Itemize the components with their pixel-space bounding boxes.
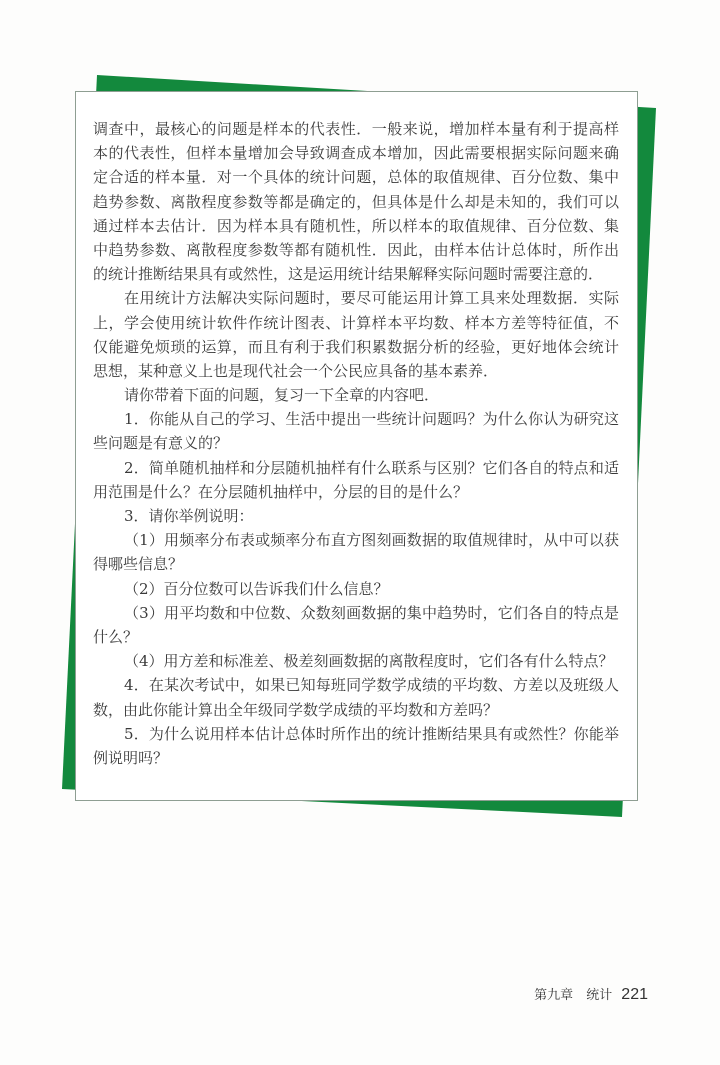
question-3-sub-1: （1）用频率分布表或频率分布直方图刻画数据的取值规律时，从中可以获 得哪些信息？ bbox=[93, 528, 619, 576]
text-line: 例说明吗？ bbox=[93, 746, 619, 770]
text-line: （2）百分位数可以告诉我们什么信息？ bbox=[93, 577, 619, 601]
question-2: 2．简单随机抽样和分层随机抽样有什么联系与区别？它们各自的特点和适 用范围是什么… bbox=[93, 456, 619, 504]
question-3-sub-2: （2）百分位数可以告诉我们什么信息？ bbox=[93, 577, 619, 601]
question-3-sub-3: （3）用平均数和中位数、众数刻画数据的集中趋势时，它们各自的特点是 什么？ bbox=[93, 601, 619, 649]
text-line: 得哪些信息？ bbox=[93, 552, 619, 576]
text-line: 3．请你举例说明： bbox=[93, 504, 619, 528]
page-number: 221 bbox=[621, 986, 648, 1003]
paragraph-sampling-summary: 调查中，最核心的问题是样本的代表性．一般来说，增加样本量有利于提高样 本的代表性… bbox=[93, 117, 619, 286]
text-line: 上，学会使用统计软件作统计图表、计算样本平均数、样本方差等特征值，不 bbox=[93, 311, 619, 335]
text-line: 趋势参数、离散程度参数等都是确定的，但具体是什么却是未知的，我们可以 bbox=[93, 190, 619, 214]
text-line: 1．你能从自己的学习、生活中提出一些统计问题吗？为什么你认为研究这 bbox=[93, 407, 619, 431]
question-1: 1．你能从自己的学习、生活中提出一些统计问题吗？为什么你认为研究这 些问题是有意… bbox=[93, 407, 619, 455]
text-line: （3）用平均数和中位数、众数刻画数据的集中趋势时，它们各自的特点是 bbox=[93, 601, 619, 625]
question-4: 4．在某次考试中，如果已知每班同学数学成绩的平均数、方差以及班级人 数，由此你能… bbox=[93, 673, 619, 721]
text-line: 用范围是什么？在分层随机抽样中，分层的目的是什么？ bbox=[93, 480, 619, 504]
text-line: 的统计推断结果具有或然性，这是运用统计结果解释实际问题时需要注意的． bbox=[93, 262, 619, 286]
text-line: 些问题是有意义的？ bbox=[93, 431, 619, 455]
question-3: 3．请你举例说明： bbox=[93, 504, 619, 528]
page-footer: 第九章 统计 221 bbox=[534, 983, 648, 1005]
text-line: （4）用方差和标准差、极差刻画数据的离散程度时，它们各有什么特点？ bbox=[93, 649, 619, 673]
text-line: 在用统计方法解决实际问题时，要尽可能运用计算工具来处理数据．实际 bbox=[93, 286, 619, 310]
chapter-label: 第九章 bbox=[534, 988, 573, 1003]
section-label: 统计 bbox=[586, 988, 612, 1003]
text-line: 本的代表性，但样本量增加会导致调查成本增加，因此需要根据实际问题来确 bbox=[93, 141, 619, 165]
paragraph-statistical-tools: 在用统计方法解决实际问题时，要尽可能运用计算工具来处理数据．实际 上，学会使用统… bbox=[93, 286, 619, 383]
review-text-column: 调查中，最核心的问题是样本的代表性．一般来说，增加样本量有利于提高样 本的代表性… bbox=[93, 117, 619, 770]
paragraph-review-intro: 请你带着下面的问题，复习一下全章的内容吧． bbox=[93, 383, 619, 407]
text-line: 思想，某种意义上也是现代社会一个公民应具备的基本素养． bbox=[93, 359, 619, 383]
text-line: 5．为什么说用样本估计总体时所作出的统计推断结果具有或然性？你能举 bbox=[93, 722, 619, 746]
text-line: 中趋势参数、离散程度参数等都有随机性．因此，由样本估计总体时，所作出 bbox=[93, 238, 619, 262]
question-5: 5．为什么说用样本估计总体时所作出的统计推断结果具有或然性？你能举 例说明吗？ bbox=[93, 722, 619, 770]
text-line: 仅能避免烦琐的运算，而且有利于我们积累数据分析的经验，更好地体会统计 bbox=[93, 335, 619, 359]
text-line: 定合适的样本量．对一个具体的统计问题，总体的取值规律、百分位数、集中 bbox=[93, 165, 619, 189]
text-line: 通过样本去估计．因为样本具有随机性，所以样本的取值规律、百分位数、集 bbox=[93, 214, 619, 238]
text-line: 请你带着下面的问题，复习一下全章的内容吧． bbox=[93, 383, 619, 407]
text-line: 调查中，最核心的问题是样本的代表性．一般来说，增加样本量有利于提高样 bbox=[93, 117, 619, 141]
text-line: 2．简单随机抽样和分层随机抽样有什么联系与区别？它们各自的特点和适 bbox=[93, 456, 619, 480]
text-line: 什么？ bbox=[93, 625, 619, 649]
question-3-sub-4: （4）用方差和标准差、极差刻画数据的离散程度时，它们各有什么特点？ bbox=[93, 649, 619, 673]
text-line: 4．在某次考试中，如果已知每班同学数学成绩的平均数、方差以及班级人 bbox=[93, 673, 619, 697]
text-line: 数，由此你能计算出全年级同学数学成绩的平均数和方差吗？ bbox=[93, 698, 619, 722]
text-line: （1）用频率分布表或频率分布直方图刻画数据的取值规律时，从中可以获 bbox=[93, 528, 619, 552]
